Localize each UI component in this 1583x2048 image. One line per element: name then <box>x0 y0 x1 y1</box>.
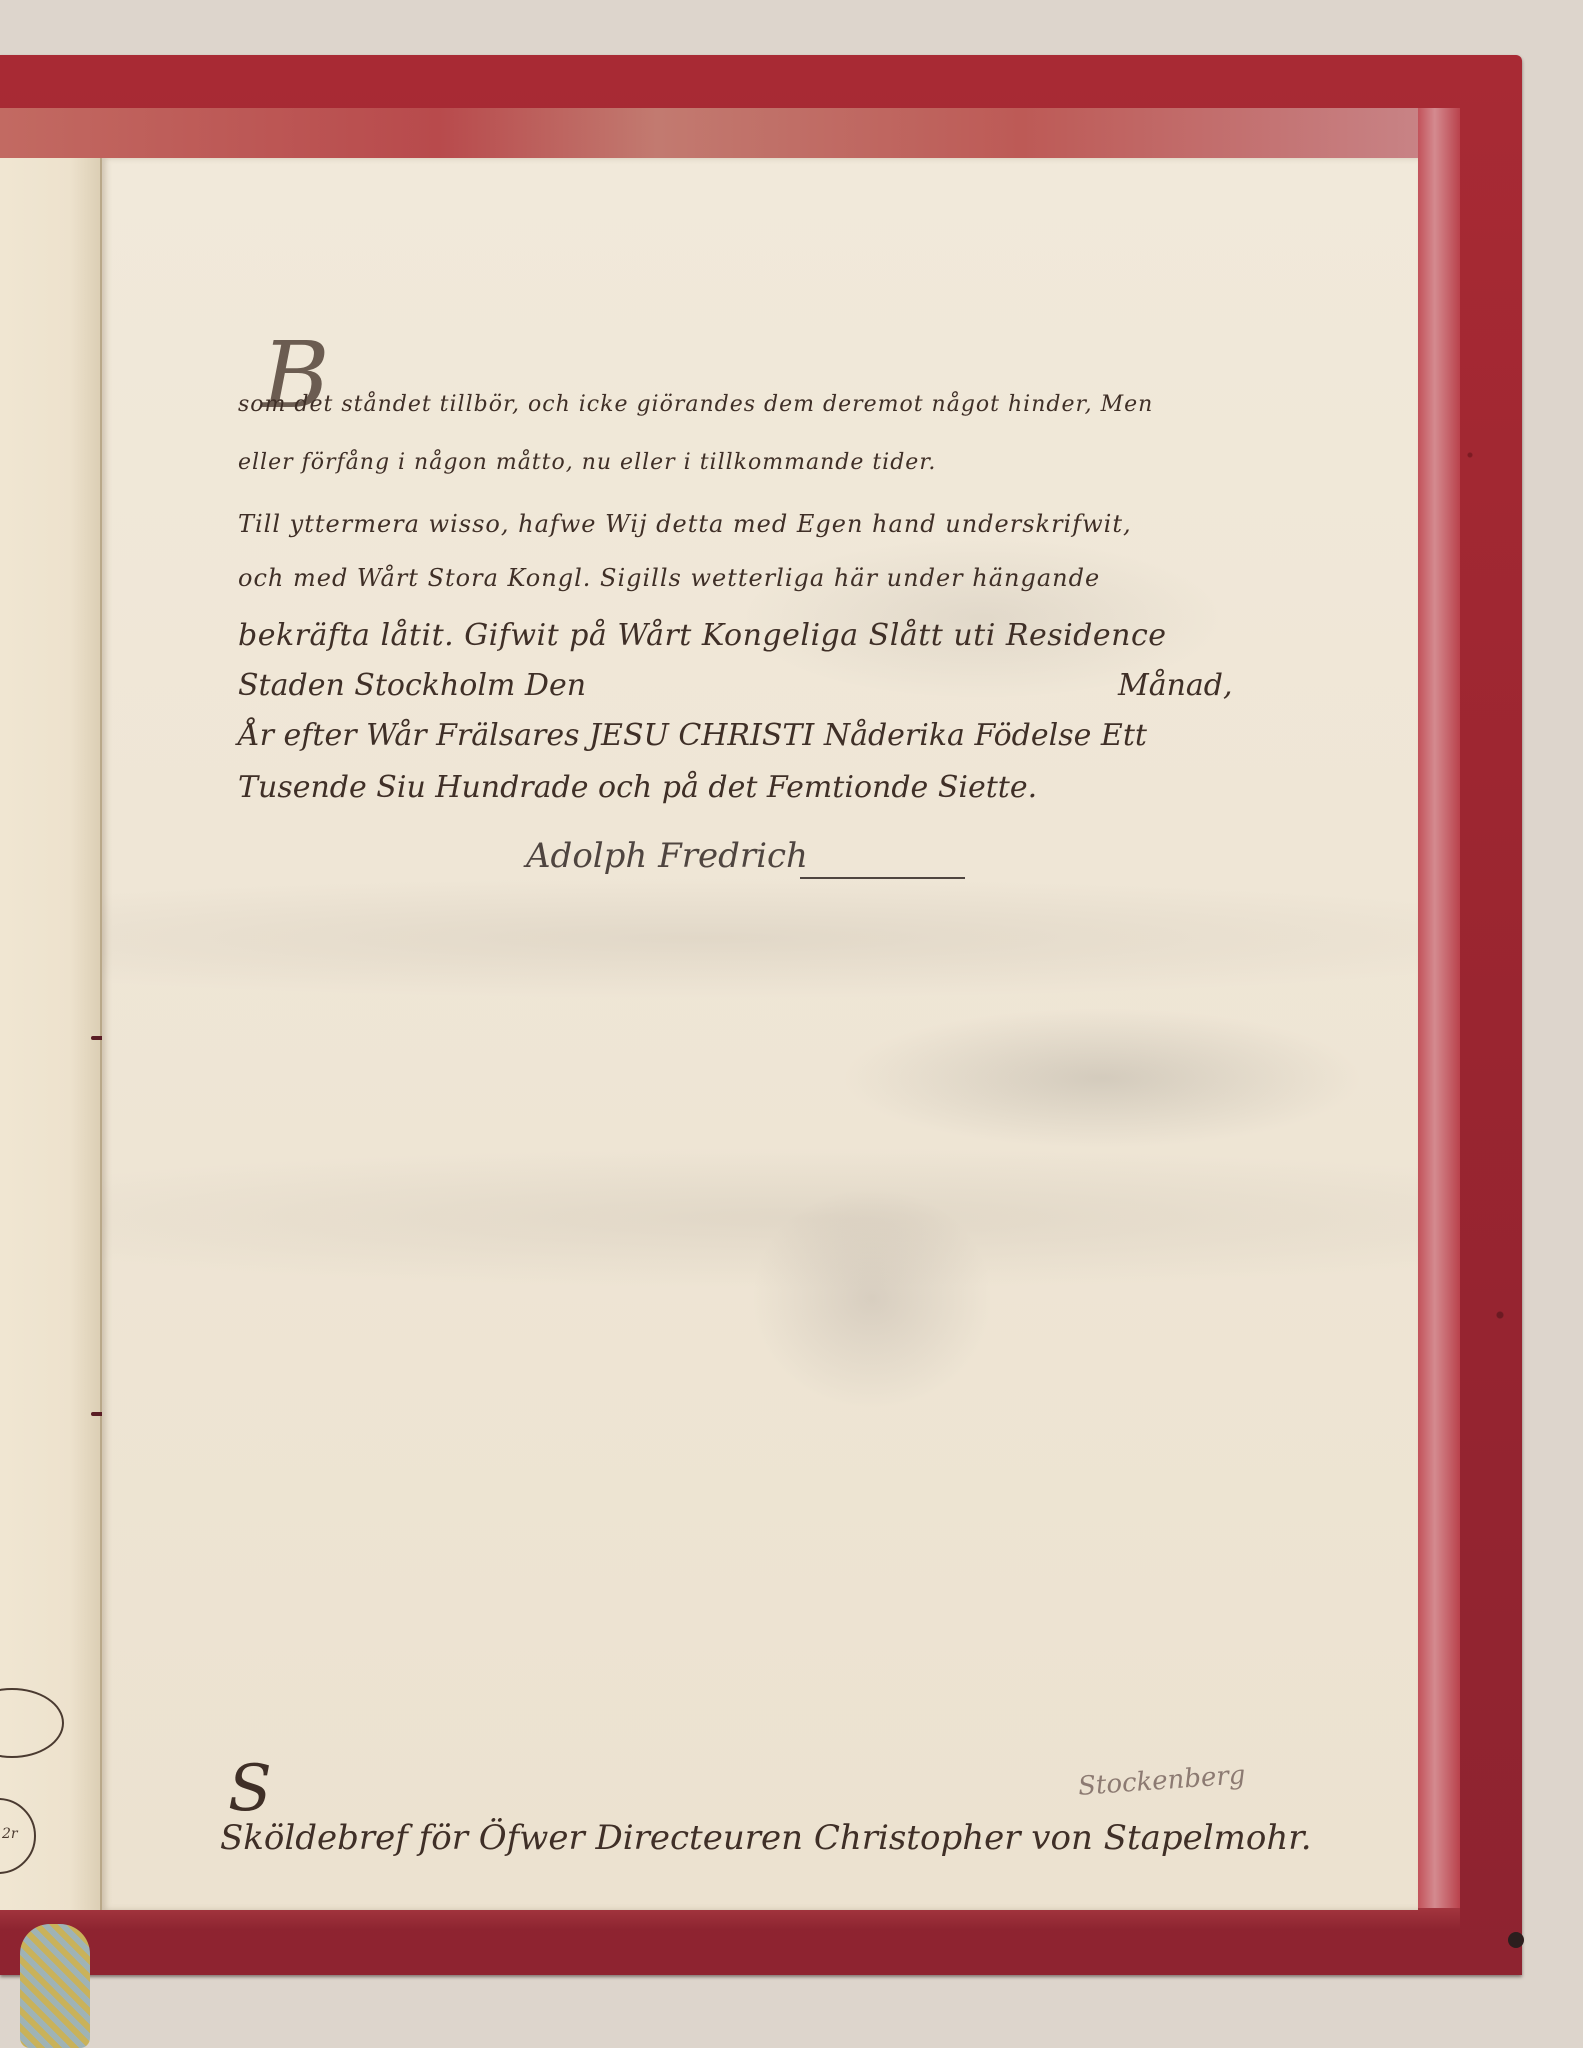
left-page-fragment-text: 2r <box>2 1826 18 1842</box>
body-line: eller förfång i någon måtto, nu eller i … <box>238 450 936 475</box>
corner-stain <box>1508 1932 1524 1948</box>
body-line: Till yttermera wisso, hafwe Wij detta me… <box>238 510 1132 538</box>
body-line: bekräfta låtit. Gifwit på Wårt Kongeliga… <box>238 618 1167 653</box>
body-line-date: Staden Stockholm Den Månad, <box>238 668 586 703</box>
signature-underline <box>800 877 965 879</box>
body-line: Tusende Siu Hundrade och på det Femtiond… <box>238 770 1037 805</box>
footer-title: Sköldebref för Öfwer Directeuren Christo… <box>220 1818 1312 1858</box>
seal-outline-circle <box>0 1688 64 1758</box>
body-line: och med Wårt Stora Kongl. Sigills wetter… <box>238 564 1100 592</box>
silk-cord-tassel <box>20 1924 90 2048</box>
footer-decorative-initial: S <box>228 1752 272 1826</box>
cover-turn-in-bottom <box>0 1908 1460 1930</box>
body-line: År efter Wår Frälsares JESU CHRISTI Nåde… <box>238 718 1147 753</box>
month-label: Månad, <box>1118 668 1233 703</box>
cover-turn-in-right <box>1418 108 1460 1928</box>
left-page-edge: 2r <box>0 158 102 1910</box>
body-line: Staden Stockholm Den <box>238 668 586 703</box>
body-line: som det ståndet tillbör, och icke giöran… <box>238 392 1153 417</box>
cover-turn-in-top <box>0 108 1460 160</box>
royal-signature: Adolph Fredrich <box>526 836 808 876</box>
